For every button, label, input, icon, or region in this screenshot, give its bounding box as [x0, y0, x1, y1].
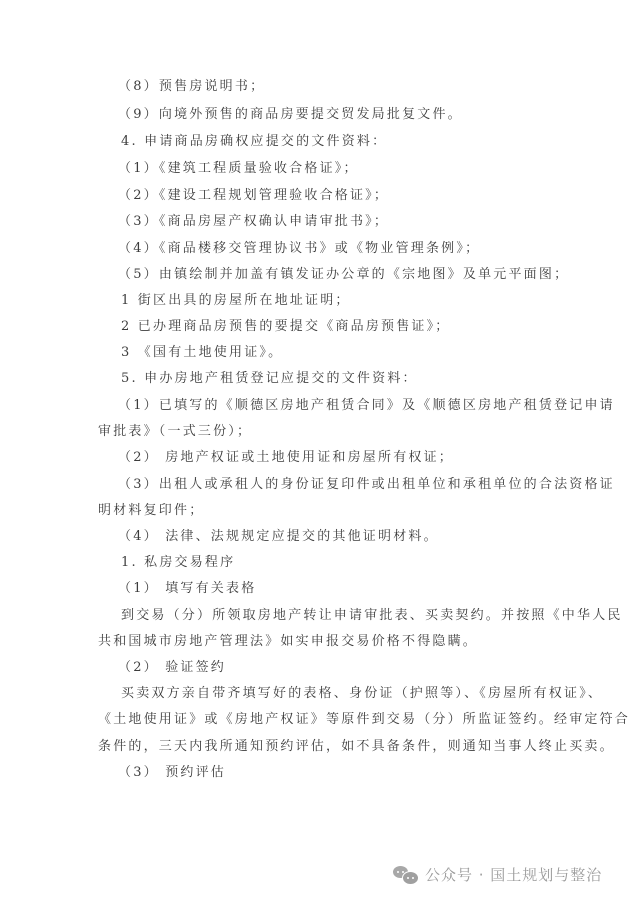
document-page: （8）预售房说明书；（9）向境外预售的商品房要提交贸发局批复文件。4. 申请商品… [0, 0, 640, 905]
watermark-footer: 公众号 · 国土规划与整治 [393, 864, 602, 885]
text-line: 审批表》（一式三份）； [98, 423, 252, 441]
text-line: 共和国城市房地产管理法》如实申报交易价格不得隐瞒。 [98, 633, 478, 651]
text-line: 到交易（分）所领取房地产转让申请审批表、买卖契约。并按照《中华人民 [121, 607, 623, 625]
text-line: （2）《建设工程规划管理验收合格证》； [118, 187, 389, 205]
text-line: （3） 预约评估 [118, 764, 226, 782]
text-line: 明材料复印件； [98, 502, 204, 520]
text-line: （4）《商品楼移交管理协议书》或《物业管理条例》； [118, 240, 480, 258]
text-line: 5. 申办房地产租赁登记应提交的文件资料： [121, 370, 418, 388]
text-line: 买卖双方亲自带齐填写好的表格、身份证（护照等）、《房屋所有权证》、 [121, 685, 603, 703]
text-line: （2） 房地产权证或土地使用证和房屋所有权证； [118, 449, 454, 467]
text-line: （2） 验证签约 [118, 659, 226, 677]
text-line: （1） 填写有关表格 [118, 580, 256, 598]
text-line: （5）由镇绘制并加盖有镇发证办公章的《宗地图》及单元平面图； [118, 266, 569, 284]
text-line: 3 《国有土地使用证》。 [121, 344, 283, 362]
text-line: （3）《商品房屋产权确认申请审批书》； [118, 213, 389, 231]
text-line: （8）预售房说明书； [118, 78, 265, 96]
text-line: 条件的，三天内我所通知预约评估，如不具备条件，则通知当事人终止买卖。 [98, 738, 615, 756]
text-line: 2 已办理商品房预售的要提交《商品房预售证》； [121, 318, 451, 336]
wechat-icon [393, 865, 419, 885]
text-line: （1）已填写的《顺德区房地产租赁合同》及《顺德区房地产租赁登记申请 [118, 397, 615, 415]
text-line: （3）出租人或承租人的身份证复印件或出租单位和承租单位的合法资格证 [118, 476, 615, 494]
text-line: （4） 法律、法规规定应提交的其他证明材料。 [118, 528, 439, 546]
text-line: 1 街区出具的房屋所在地址证明； [121, 292, 351, 310]
text-line: （9）向境外预售的商品房要提交贸发局批复文件。 [118, 106, 463, 124]
text-line: （1）《建筑工程质量验收合格证》； [118, 160, 359, 178]
watermark-text: 公众号 · 国土规划与整治 [425, 864, 602, 885]
text-line: 4. 申请商品房确权应提交的文件资料： [121, 133, 387, 151]
text-line: 1. 私房交易程序 [121, 554, 235, 572]
text-line: 《土地使用证》或《房地产权证》等原件到交易（分）所监证签约。经审定符合 [98, 711, 630, 729]
